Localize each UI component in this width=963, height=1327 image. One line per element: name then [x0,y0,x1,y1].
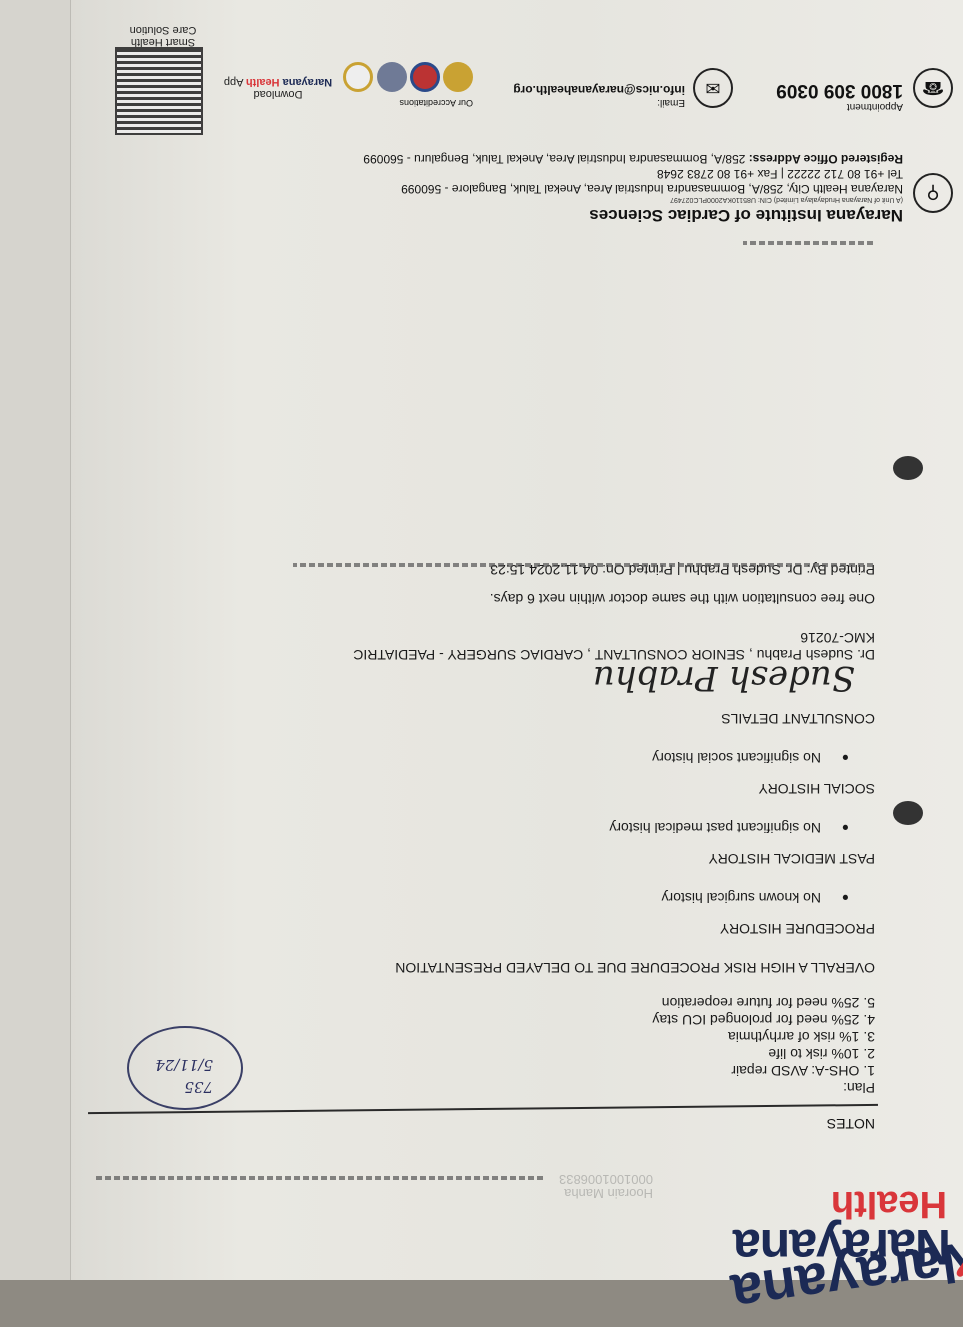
address: Narayana Health City, 258/A, Bommasandra… [363,181,903,196]
unit-line: (A Unit of Narayana Hrudayalaya Limited)… [363,196,903,203]
accreditation-badge-icon [443,62,473,92]
heart-logo-icon: ♥ [955,1252,963,1280]
narayana-health-logo: Narayana Health [734,1186,951,1272]
notes-body: Plan: 1. OHS-A: AVSD repair 2. 10% risk … [75,561,875,1100]
email-address[interactable]: info.nics@narayanahealth.org [513,83,685,97]
doctor-signature: Sudesh Prabhu [75,669,855,686]
consultant-reg-no: KMC-70216 [75,629,875,646]
consultant-details-heading: CONSULTANT DETAILS [75,710,875,727]
photographed-document: Narayana ♥ Narayana Health Hoorain Manha… [0,0,963,1280]
faint-patient-text: Hoorain Manha 0001001006833 [559,1172,653,1200]
registered-office: Registered Office Address: 258/A, Bommas… [363,151,903,166]
logo-text-health: Health [734,1186,947,1222]
pen-mark [743,241,873,245]
consultant-name: Dr. Sudesh Prabhu , SENIOR CONSULTANT , … [75,646,875,663]
pen-mark [93,1176,543,1180]
accreditation-badge-icon [343,62,373,92]
email-icon: ✉ [693,68,733,108]
past-medical-history-heading: PAST MEDICAL HISTORY [75,850,875,867]
accreditation-badge-icon [377,62,407,92]
punch-hole [893,456,923,480]
app-tagline: Smart Health Care Solution [108,24,218,48]
plan-item: 1. OHS-A: AVSD repair [75,1062,875,1079]
social-history-heading: SOCIAL HISTORY [75,780,875,797]
plan-item: 5. 25% need for future reoperation [75,994,875,1011]
logo-text-narayana: Narayana [734,1222,951,1272]
list-item: ●No known surgical history [75,889,849,906]
punch-hole [893,801,923,825]
plan-item: 4. 25% need for prolonged ICU stay [75,1011,875,1028]
phone-icon: ☎ [913,68,953,108]
accreditation-badge-icon [410,62,440,92]
institute-name: Narayana Institute of Cardiac Sciences [363,205,903,225]
appointment-number[interactable]: 1800 309 0309 [776,79,903,101]
notes-heading: NOTES [827,1116,875,1132]
bullet-icon: ● [821,889,849,906]
accreditations-label: Our Accreditations [399,98,473,108]
bullet-icon: ● [821,749,849,766]
list-item: ●No significant past medical history [75,819,849,836]
overall-risk-statement: OVERALL A HIGH RISK PROCEDURE DUE TO DEL… [75,959,875,976]
plan-label: Plan: [75,1079,875,1096]
plan-item: 2. 10% risk to life [75,1045,875,1062]
procedure-history-heading: PROCEDURE HISTORY [75,920,875,937]
free-consultation-note: One free consultation with the same doct… [75,590,875,607]
location-pin-icon: ⚲ [913,173,953,213]
folded-edge [0,0,71,1280]
bullet-icon: ● [821,819,849,836]
tel-fax: Tel +91 80 712 22222 | Fax +91 80 2783 2… [363,166,903,181]
app-download-label: Download Narayana Health App [213,76,343,100]
qr-code[interactable] [115,47,203,135]
plan-item: 3. 1% risk of arrhythmia [75,1028,875,1045]
list-item: ●No significant social history [75,749,849,766]
pen-mark [293,563,873,567]
